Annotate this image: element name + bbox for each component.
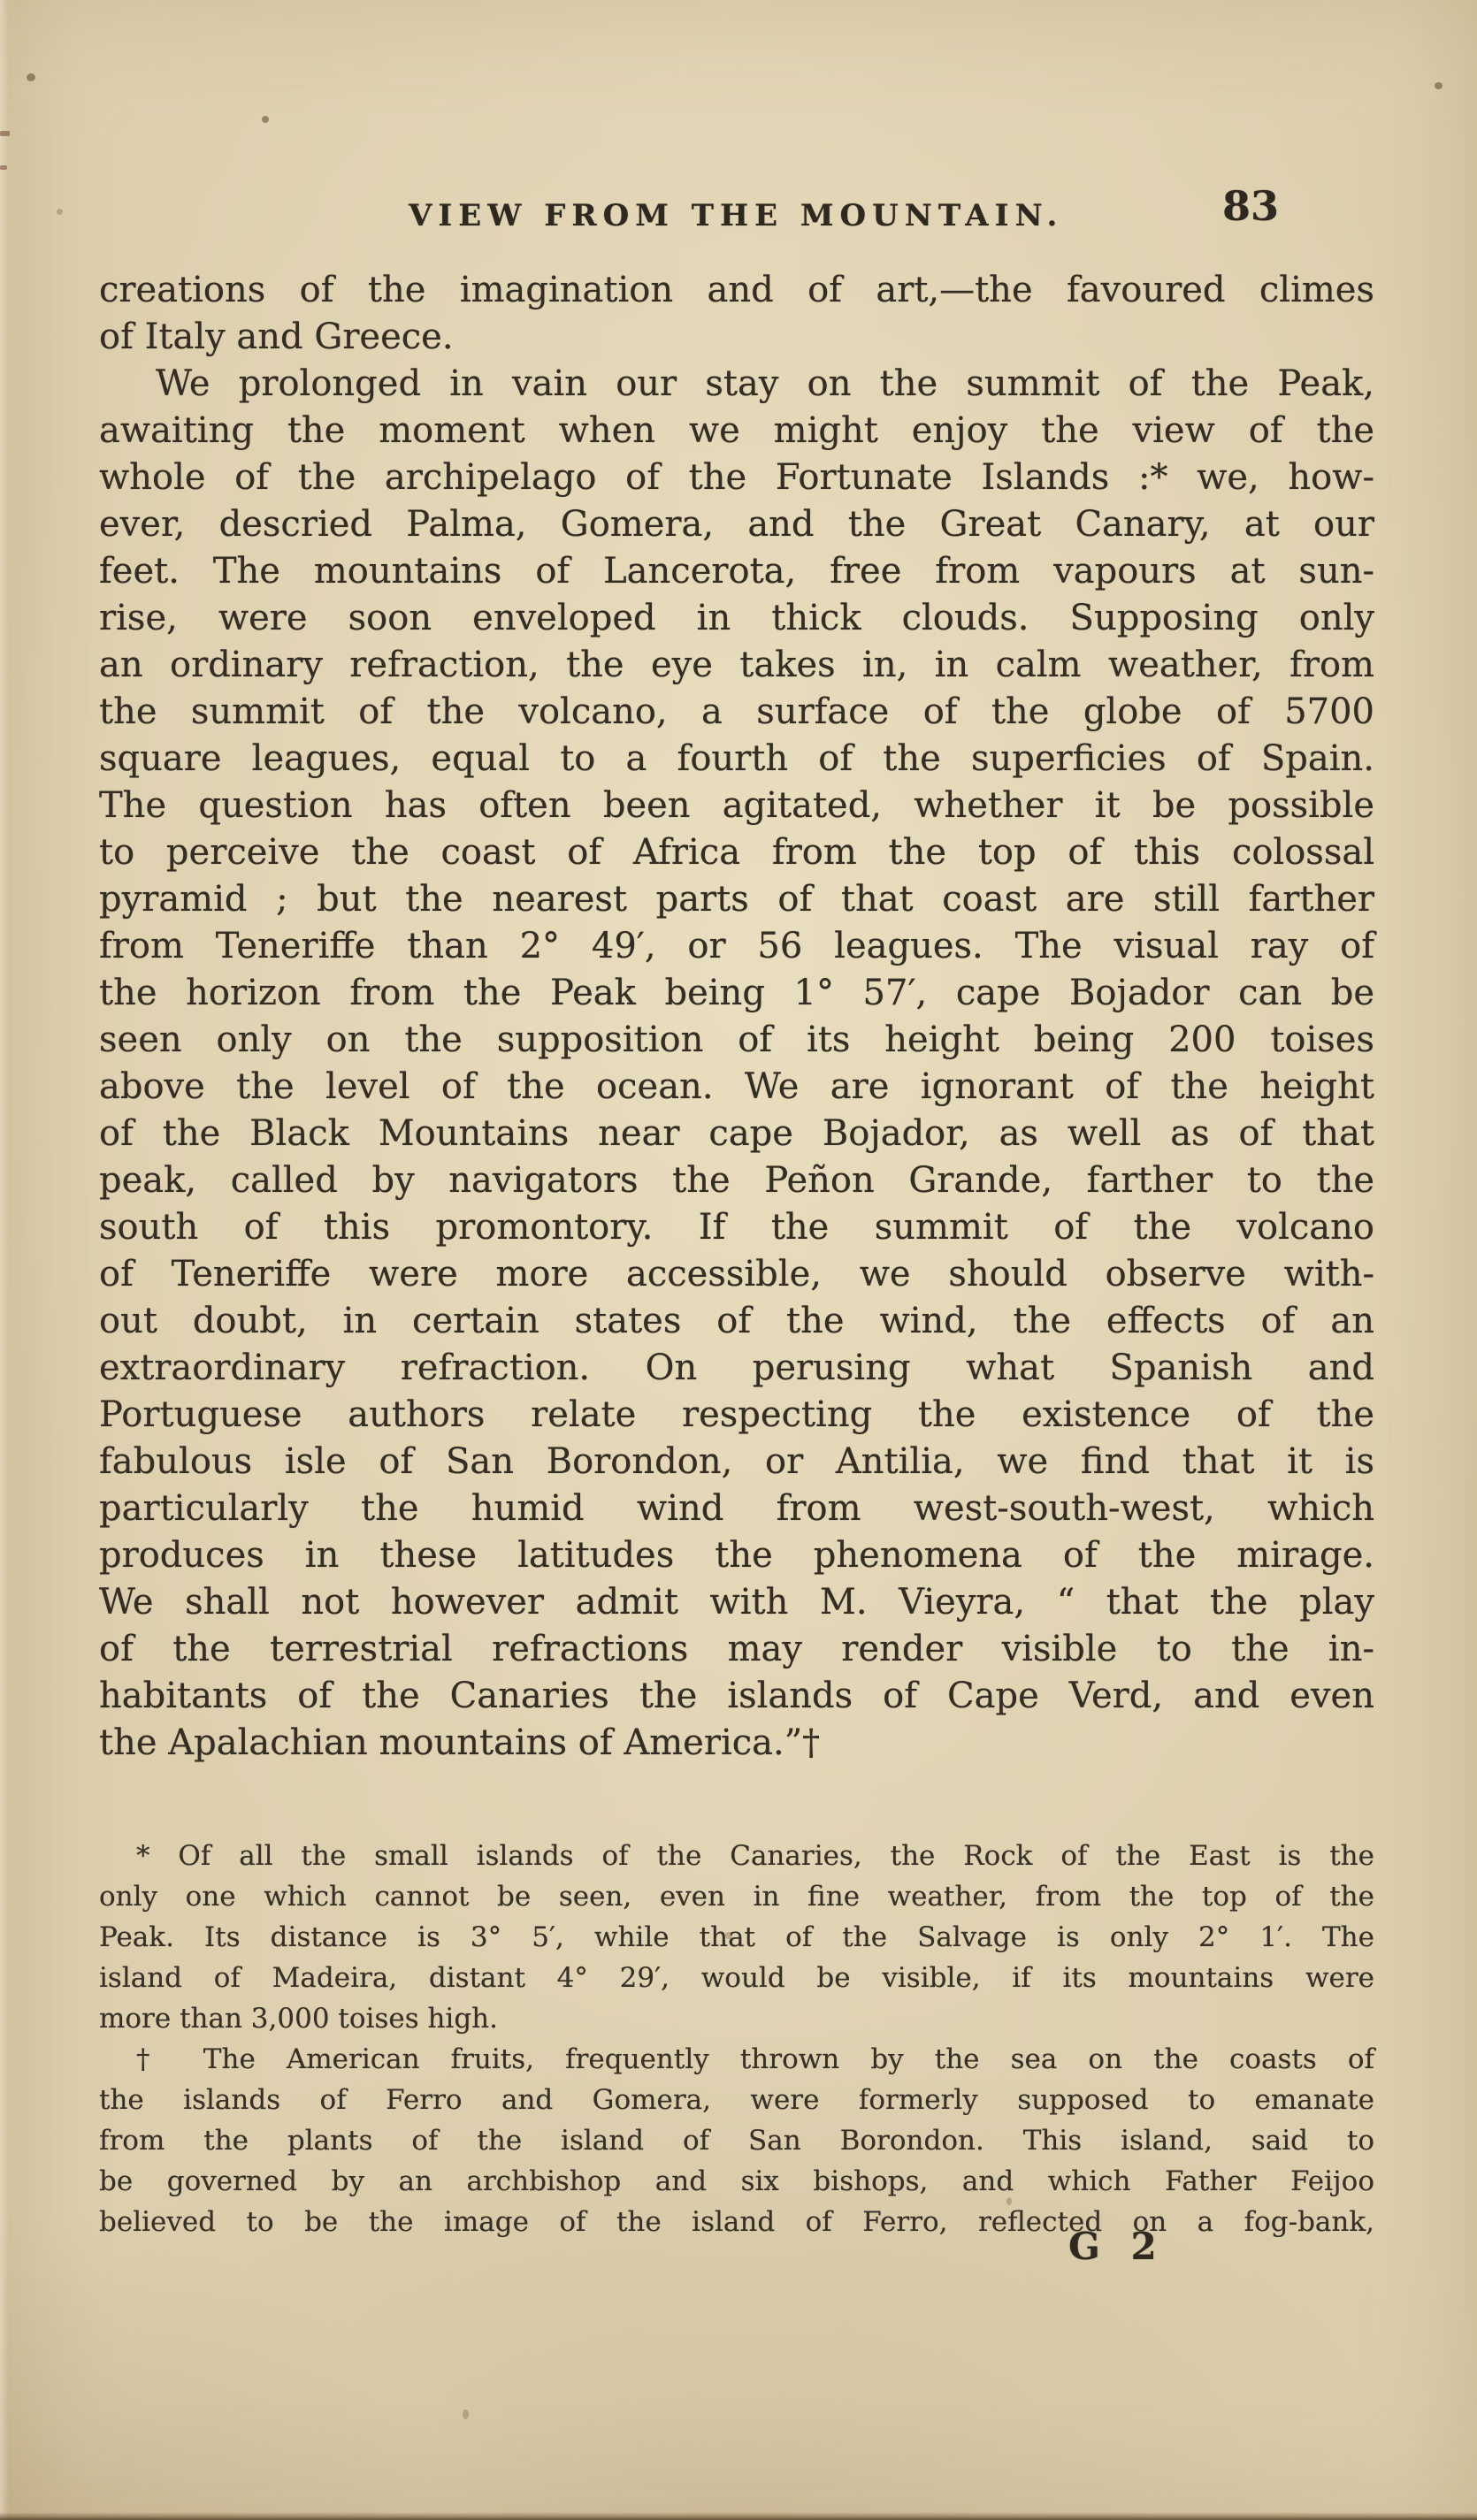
text-line: above the level of the ocean. We are ign… xyxy=(99,1064,1374,1111)
page-edge-mark xyxy=(0,131,10,136)
text-line: an ordinary refraction, the eye takes in… xyxy=(99,642,1374,689)
text-line: believed to be the image of the island o… xyxy=(99,2202,1374,2242)
running-header: VIEW FROM THE MOUNTAIN. xyxy=(409,198,1063,233)
text-line: the islands of Ferro and Gomera, were fo… xyxy=(99,2080,1374,2120)
text-line: from the plants of the island of San Bor… xyxy=(99,2120,1374,2161)
text-line: only one which cannot be seen, even in f… xyxy=(99,1876,1374,1917)
text-line: of the terrestrial refractions may rende… xyxy=(99,1626,1374,1673)
text-line: Peak. Its distance is 3° 5′, while that … xyxy=(99,1917,1374,1958)
text-line: island of Madeira, distant 4° 29′, would… xyxy=(99,1958,1374,1998)
text-line: of Italy and Greece. xyxy=(99,314,1374,361)
text-line: out doubt, in certain states of the wind… xyxy=(99,1298,1374,1345)
text-line: more than 3,000 toises high. xyxy=(99,1998,1374,2039)
text-line: to perceive the coast of Africa from the… xyxy=(99,829,1374,876)
text-line: rise, were soon enveloped in thick cloud… xyxy=(99,595,1374,642)
text-line: extraordinary refraction. On perusing wh… xyxy=(99,1345,1374,1392)
text-line: be governed by an archbishop and six bis… xyxy=(99,2161,1374,2202)
text-line: peak, called by navigators the Peñon Gra… xyxy=(99,1157,1374,1204)
text-line: fabulous isle of San Borondon, or Antili… xyxy=(99,1439,1374,1485)
text-line: pyramid ; but the nearest parts of that … xyxy=(99,876,1374,923)
main-text-block: creations of the imagination and of art,… xyxy=(99,267,1374,1767)
text-line: south of this promontory. If the summit … xyxy=(99,1204,1374,1251)
text-line: square leagues, equal to a fourth of the… xyxy=(99,736,1374,783)
text-line: of the Black Mountains near cape Bojador… xyxy=(99,1111,1374,1157)
text-line: The question has often been agitated, wh… xyxy=(99,783,1374,829)
text-line: We prolonged in vain our stay on the sum… xyxy=(99,361,1374,408)
text-line: creations of the imagination and of art,… xyxy=(99,267,1374,314)
text-line: of Teneriffe were more accessible, we sh… xyxy=(99,1251,1374,1298)
paper-speck xyxy=(262,116,269,123)
paper-speck xyxy=(1435,82,1443,89)
text-line: * Of all the small islands of the Canari… xyxy=(99,1836,1374,1876)
text-line: Portuguese authors relate respecting the… xyxy=(99,1392,1374,1439)
page-bottom-shadow xyxy=(0,2512,1477,2520)
paper-speck xyxy=(725,1932,732,1939)
paper-speck xyxy=(463,2409,469,2419)
printer-signature: G 2 xyxy=(1068,2225,1166,2268)
paper-speck xyxy=(1006,2197,1012,2205)
page-left-edge-highlight xyxy=(0,0,9,2520)
text-line: produces in these latitudes the phenomen… xyxy=(99,1532,1374,1579)
text-line: awaiting the moment when we might enjoy … xyxy=(99,408,1374,454)
footnotes-block: * Of all the small islands of the Canari… xyxy=(99,1836,1374,2242)
text-line: particularly the humid wind from west-so… xyxy=(99,1485,1374,1532)
page-edge-mark xyxy=(0,165,7,170)
book-page-scan: VIEW FROM THE MOUNTAIN. 83 creations of … xyxy=(0,0,1477,2520)
text-line: seen only on the supposition of its heig… xyxy=(99,1017,1374,1064)
text-line: feet. The mountains of Lancerota, free f… xyxy=(99,548,1374,595)
text-line: We shall not however admit with M. Vieyr… xyxy=(99,1579,1374,1626)
text-line: the summit of the volcano, a surface of … xyxy=(99,689,1374,736)
paper-speck xyxy=(57,209,63,215)
text-line: whole of the archipelago of the Fortunat… xyxy=(99,454,1374,501)
text-line: ever, descried Palma, Gomera, and the Gr… xyxy=(99,501,1374,548)
paper-speck xyxy=(27,73,35,81)
text-line: habitants of the Canaries the islands of… xyxy=(99,1673,1374,1720)
text-line: † The American fruits, frequently thrown… xyxy=(99,2039,1374,2080)
text-line: from Teneriffe than 2° 49′, or 56 league… xyxy=(99,923,1374,970)
text-line: the horizon from the Peak being 1° 57′, … xyxy=(99,970,1374,1017)
text-line: the Apalachian mountains of America.”† xyxy=(99,1720,1374,1767)
page-number: 83 xyxy=(1222,182,1279,230)
